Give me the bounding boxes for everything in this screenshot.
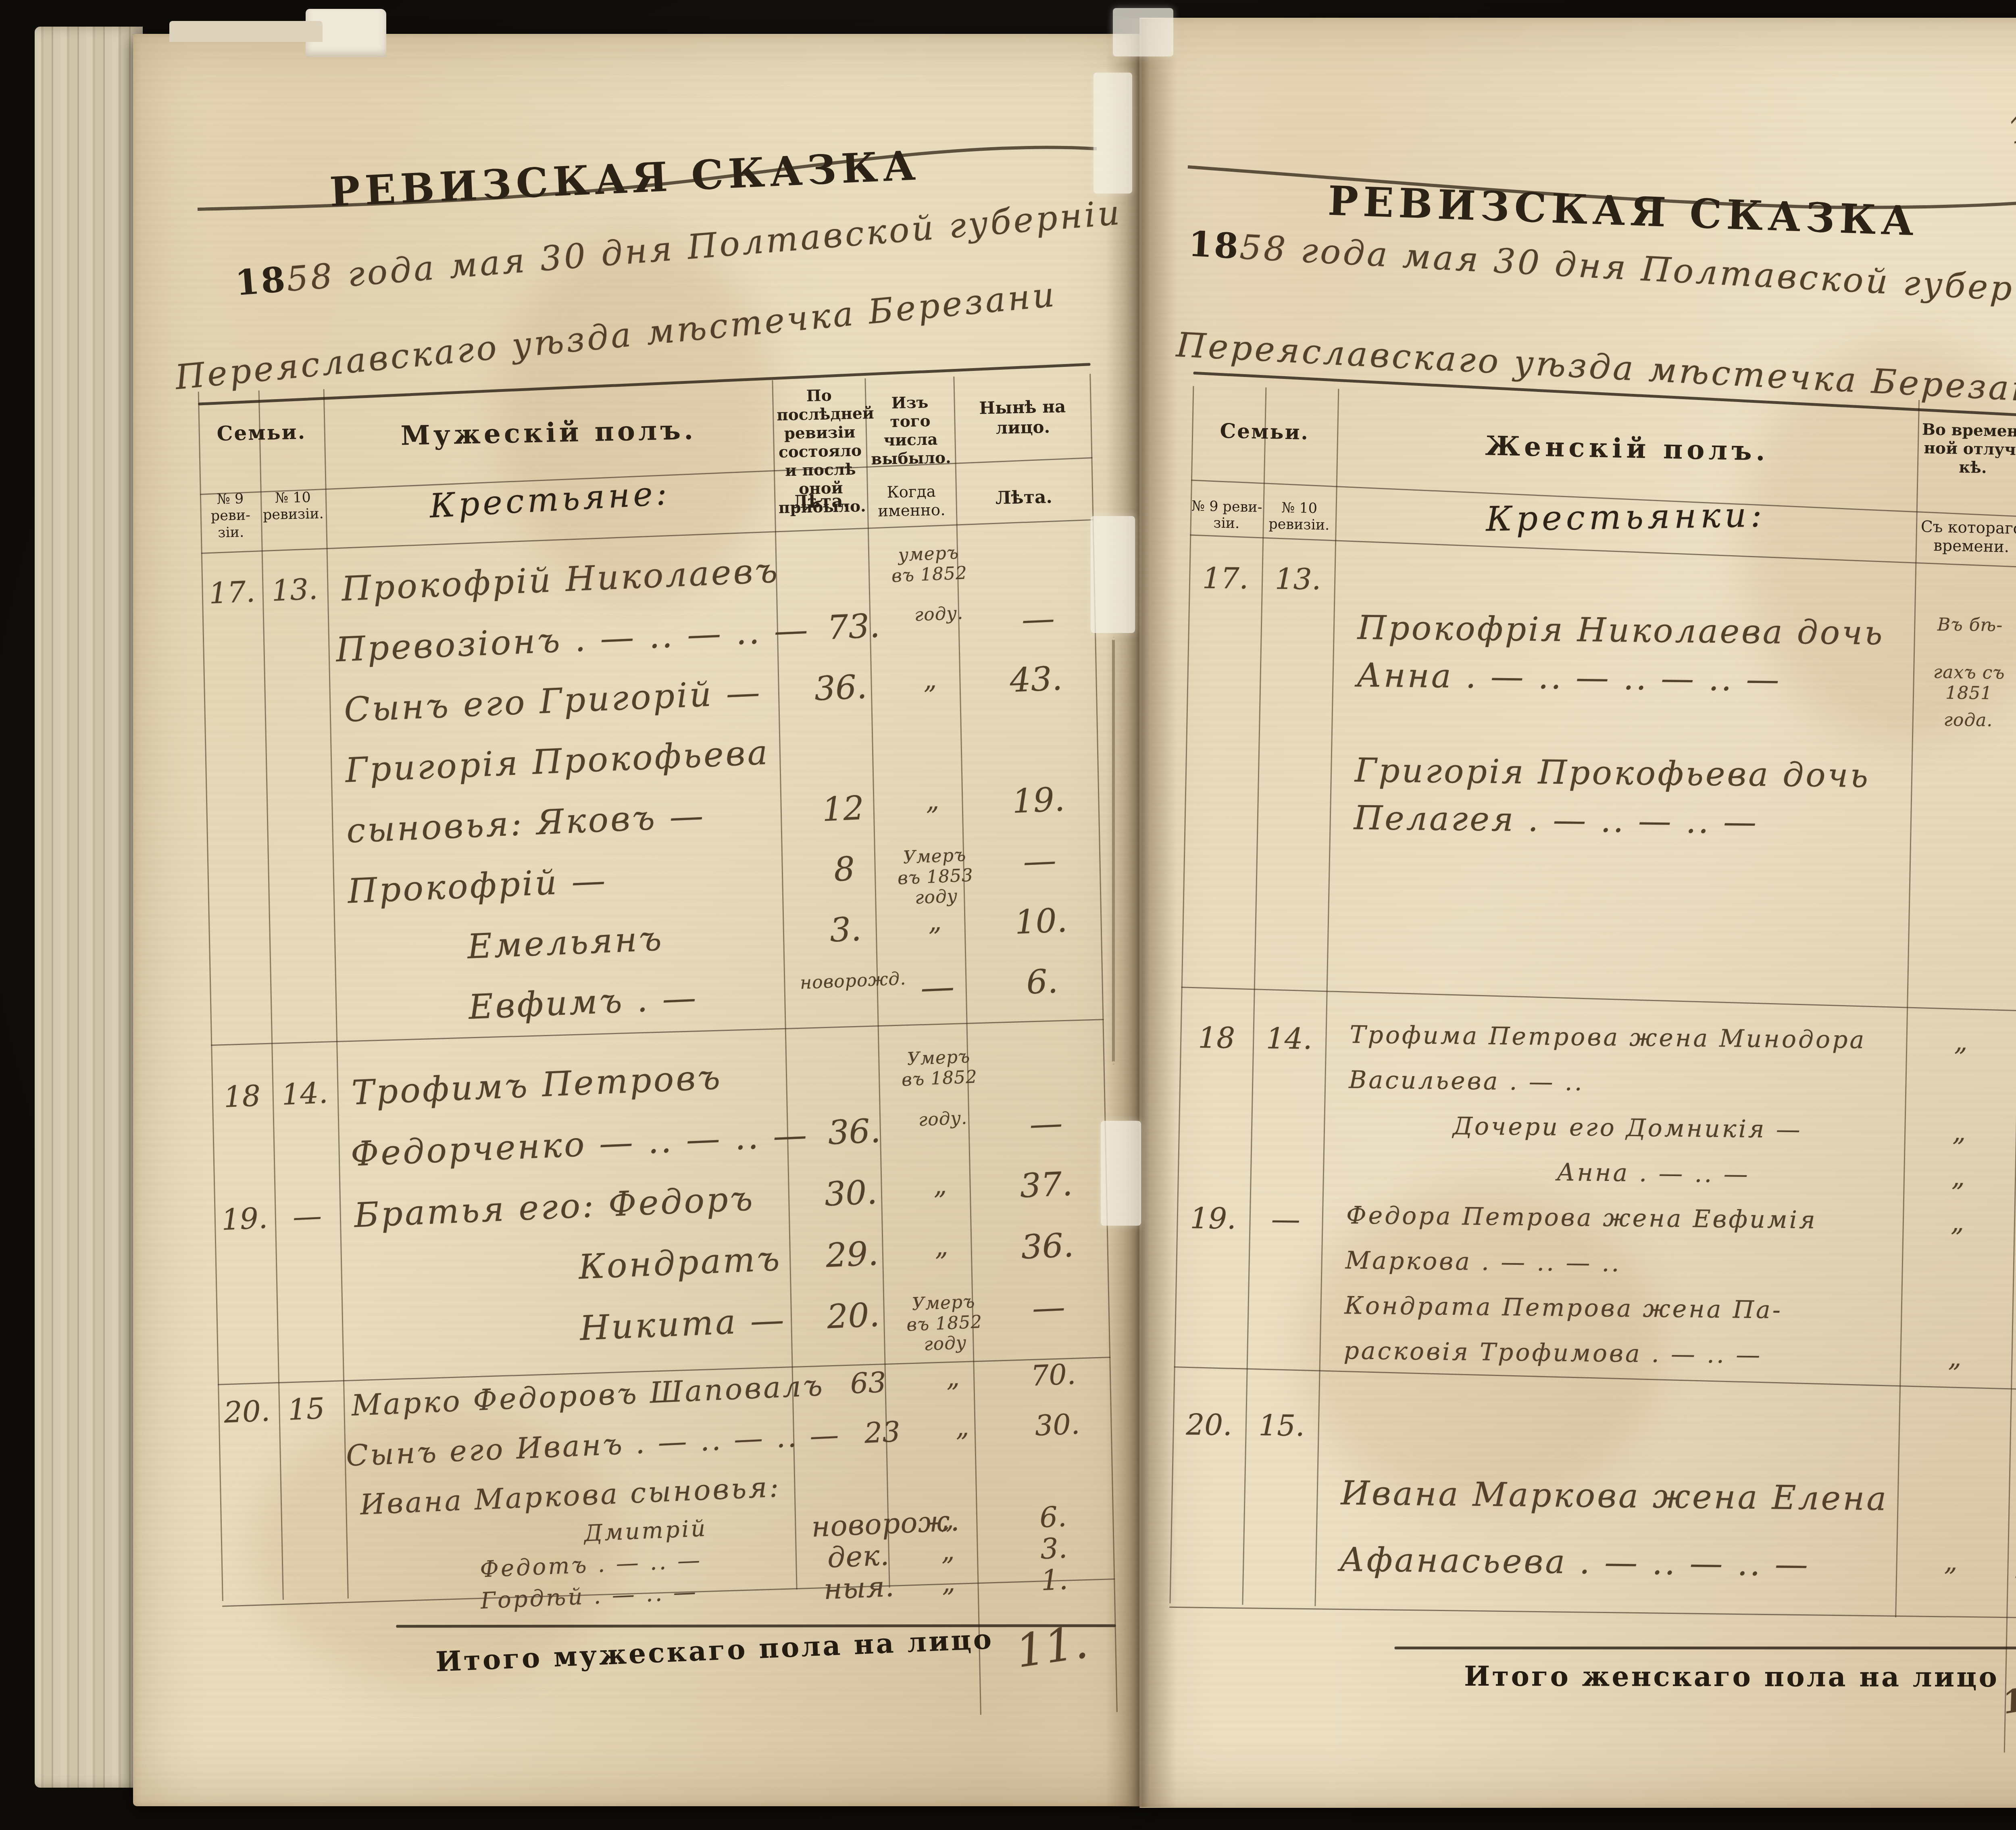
cell-n9 <box>1175 1335 1247 1337</box>
left-page: РЕВИЗСКАЯ СКАЗКА 1858 года мая 30 дня По… <box>133 34 1139 1806</box>
cell-note: „ <box>886 663 976 697</box>
cell-n10: 14. <box>271 1074 338 1112</box>
cell-n9: 19. <box>1177 1199 1250 1236</box>
cell-note: гахъ съ 1851 <box>1913 662 2016 704</box>
cell-now <box>2013 1299 2016 1299</box>
right-page: 1297 РЕВИЗСКАЯ СКАЗКА 1858 года мая 30 д… <box>1139 18 2016 1808</box>
cell-n10 <box>1250 1155 1323 1158</box>
cell-n10 <box>1258 750 1331 753</box>
cell-n9 <box>1170 1539 1243 1541</box>
cell-n10: 13. <box>1262 560 1335 596</box>
cell-now: 37. <box>985 1164 1108 1207</box>
cell-text: Федора Петрова жена Евфимія <box>1322 1201 1903 1235</box>
cell-age: 73. <box>809 606 898 648</box>
cell-note: „ <box>1896 1547 2008 1578</box>
cell-note: Умеръ въ 1852 <box>894 1046 984 1091</box>
cell-age: 30. <box>804 1172 898 1215</box>
cell-n10 <box>1260 655 1333 658</box>
cell-note <box>1899 1414 2010 1415</box>
female-table: Семьи. Женскій полъ. Во времен­ной отлуч… <box>1166 386 2016 1798</box>
cell-now: — <box>986 1102 1106 1146</box>
cell-n10: 15. <box>1245 1407 1318 1443</box>
cell-n10: 13. <box>261 570 328 608</box>
female-total-row: Итого женскаго пола на лицо 7 <box>1168 1660 2016 1661</box>
cell-n9 <box>1178 1154 1250 1157</box>
cell-n9: 17. <box>201 573 263 610</box>
cell-now <box>983 1041 1104 1046</box>
cell-now: 24. <box>2008 1548 2016 1587</box>
cell-n9: 19. <box>214 1199 276 1237</box>
cell-text: Ивана Маркова жена Елена <box>1316 1474 1898 1518</box>
cell-n10: — <box>1249 1200 1322 1237</box>
male-total-value: 11. <box>1012 1616 1091 1678</box>
cell-age <box>801 1050 894 1054</box>
cell-n9: 18 <box>211 1076 273 1114</box>
cell-text: Прокофрія Николаева дочь <box>1333 608 1914 653</box>
cell-n9 <box>1187 654 1260 657</box>
cell-text: Пелагея . — .. — .. — <box>1329 799 1911 843</box>
family-block-18-19: 1814.Трофима Петрова жена Минодора„37.Ва… <box>1174 1015 2016 1394</box>
header-family: Семьи. <box>1192 418 1337 445</box>
cell-text: Васильева . — .. <box>1325 1066 1906 1100</box>
subheader-rev10: № 10 реви­зіи. <box>260 489 326 524</box>
cell-note: „ <box>898 1230 987 1263</box>
cell-n10 <box>1261 608 1333 610</box>
cell-now: — <box>987 1286 1110 1330</box>
cell-note: „ <box>1903 1207 2014 1238</box>
cell-n10 <box>1247 1336 1320 1338</box>
subheader-years: Лѣта. <box>774 490 867 513</box>
cell-n9: 20. <box>217 1392 276 1430</box>
male-total-label: Итого мужескаго пола на лицо <box>223 1623 994 1687</box>
cell-n9 <box>1175 1290 1248 1292</box>
female-total-label: Итого женскаго пола на лицо <box>1168 1660 1999 1694</box>
cell-age: 29. <box>805 1234 899 1276</box>
family-block-17: 17.13.Прокофрія Николаева дочьВъ бѣ-—Анн… <box>1184 555 2016 858</box>
table-row: Ивана Маркова жена Елена <box>1171 1472 2016 1549</box>
cell-now <box>2009 1481 2016 1482</box>
cell-note: — <box>892 966 983 1009</box>
printed-year-prefix: 18 <box>234 259 288 304</box>
cell-text: Маркова . — .. — .. <box>1321 1246 1902 1280</box>
cell-n10 <box>1252 1065 1325 1067</box>
family-block-17: 17.13.Прокофрій Николаевъумеръ въ 1852Пр… <box>201 547 1104 1049</box>
binding-stitch <box>1112 637 1115 1064</box>
male-table: Семьи. Мужескій полъ. По послѣдней ревиз… <box>198 374 1119 1778</box>
cell-note: „ <box>923 1411 1004 1444</box>
cell-text: Кондрата Петрова жена Па- <box>1320 1291 1901 1326</box>
cell-note <box>1916 567 2016 568</box>
cell-text: Анна . — .. — .. — .. — <box>1332 656 1914 700</box>
total-underline <box>1395 1647 2016 1649</box>
cell-now <box>2014 1253 2016 1254</box>
left-page-stack-edge <box>35 27 143 1788</box>
cell-text: Анна . — .. — <box>1323 1156 1904 1190</box>
subheader-estate: Крестьяне: <box>325 468 775 531</box>
cell-now: 36. <box>986 1225 1109 1268</box>
cell-n10 <box>1251 1110 1324 1112</box>
cell-now: 44. <box>2014 1208 2016 1243</box>
cell-n10 <box>1248 1291 1320 1293</box>
family-block-20: 20.15Марко Федоровъ Шаповалъ63„70.Сынъ е… <box>218 1366 1115 1620</box>
cell-now: 19. <box>977 779 1100 822</box>
subheader-years-present: Лѣта. <box>956 486 1092 510</box>
cell-text: Дочери его Домникія — <box>1324 1111 1905 1145</box>
cell-age: 23 <box>840 1414 924 1451</box>
header-family: Семьи. <box>198 419 324 446</box>
page-edge-sliver <box>169 21 323 42</box>
header-male-sex: Мужескій полъ. <box>324 412 773 453</box>
cell-n9: 20. <box>1173 1406 1245 1442</box>
cell-note: „ <box>891 905 981 939</box>
cell-n10: — <box>274 1196 340 1235</box>
cell-note: „ <box>904 1534 994 1568</box>
cell-note: „ <box>904 1503 993 1536</box>
cell-n9: 18 <box>1180 1019 1253 1055</box>
subheader-rev9: № 9 реви­зіи. <box>1190 498 1263 533</box>
total-underline <box>396 1624 1116 1628</box>
cell-n9 <box>1186 749 1258 752</box>
repair-tape <box>1093 73 1132 194</box>
cell-note: года. <box>1912 710 2016 731</box>
table-row: 20.15. <box>1172 1406 2016 1482</box>
subheader-estate: Крестьянки: <box>1335 493 1916 541</box>
family-block-20: 20.15.Ивана Маркова жена ЕленаАфанасьева… <box>1170 1402 2016 1619</box>
cell-n10: 14. <box>1253 1020 1326 1056</box>
cell-n10 <box>1243 1540 1316 1542</box>
cell-note: году. <box>899 1107 987 1131</box>
cell-text: расковія Трофимова . — .. — <box>1319 1337 1901 1371</box>
cell-text: Афанасьева . — .. — .. — <box>1315 1541 1897 1585</box>
cell-age <box>791 546 884 550</box>
cell-age: ныя. <box>812 1570 906 1606</box>
cell-n9 <box>1185 797 1257 799</box>
cell-age: 63 <box>824 1365 913 1401</box>
header-female-sex: Женскій полъ. <box>1337 427 1918 470</box>
cell-note: Умеръ въ 1853 году <box>890 845 981 910</box>
cell-note: „ <box>1905 1117 2016 1148</box>
cell-note: „ <box>889 784 979 818</box>
cell-n10 <box>1257 798 1330 800</box>
cell-now: 30. <box>2012 1344 2016 1378</box>
header-absence: Во времен­ной отлуч­кѣ. <box>1920 420 2016 478</box>
page-number: 1297 <box>2002 85 2016 152</box>
cell-note: „ <box>905 1566 995 1599</box>
cell-now: 30. <box>1002 1406 1112 1444</box>
cell-text: Трофима Петрова жена Минодора <box>1325 1020 1907 1055</box>
cell-age: 36. <box>793 667 888 709</box>
cell-note: Умеръ въ 1852 году <box>899 1291 990 1356</box>
cell-now: 6. <box>981 960 1104 1004</box>
cell-note: умеръ въ 1852 <box>884 542 974 587</box>
header-departed: Изъ того числа вы­было. <box>869 393 952 468</box>
subheader-rev9: № 9 реви­зіи. <box>200 491 261 542</box>
cell-age: 3. <box>798 909 893 951</box>
subheader-since: Съ котораго времени. <box>1916 518 2016 557</box>
cell-now: — <box>979 839 1101 883</box>
table-row: расковія Трофимова . — .. —„30. <box>1174 1335 2016 1390</box>
cell-age: новорож. <box>811 1507 905 1543</box>
repair-tape <box>1091 516 1135 633</box>
cell-n9 <box>1180 1064 1252 1066</box>
cell-n9 <box>1172 1472 1244 1475</box>
cell-age: 12 <box>796 788 890 830</box>
printed-year-prefix: 18 <box>1187 223 1241 267</box>
header-present: Нынѣ на лицо. <box>958 396 1087 438</box>
cell-text <box>1335 561 1916 567</box>
subheader-when: Когда имен­но. <box>867 482 956 521</box>
cell-note: Въ бѣ- <box>1914 614 2016 636</box>
cell-note: „ <box>911 1361 996 1395</box>
cell-n9: 17. <box>1189 559 1262 595</box>
cell-text <box>1318 1407 1899 1414</box>
cell-note: „ <box>896 1168 986 1202</box>
cell-n9 <box>1179 1109 1251 1112</box>
cell-age: 36. <box>808 1111 901 1153</box>
grid-line <box>1181 987 2016 1014</box>
cell-now <box>973 537 1093 542</box>
family-block-18-19: 1814.Трофимъ ПетровъУмеръ въ 1852Федорче… <box>211 1051 1110 1375</box>
table-row: Афанасьева . — .. — .. —„24. <box>1170 1539 2016 1615</box>
cell-now <box>2010 1415 2016 1416</box>
cell-age: новорожд. <box>800 969 893 993</box>
repair-tape <box>1113 8 1173 56</box>
cell-now: 1. <box>993 1561 1115 1599</box>
cell-n10: 15 <box>275 1389 337 1427</box>
cell-age: дек. <box>811 1539 905 1575</box>
cell-note: году. <box>897 602 981 626</box>
cell-n9 <box>1176 1245 1249 1247</box>
cell-n9 <box>1187 702 1259 704</box>
cell-note: „ <box>1904 1162 2016 1193</box>
cell-note: „ <box>1906 1026 2016 1058</box>
cell-n10 <box>1244 1473 1317 1476</box>
scanned-book-photo: РЕВИЗСКАЯ СКАЗКА 1858 года мая 30 дня По… <box>0 0 2016 1830</box>
cell-text: Григорія Прокофьева дочь <box>1331 751 1912 795</box>
cell-now: — <box>980 598 1096 641</box>
subheader-rev10: № 10 реви­зіи. <box>1262 500 1336 534</box>
cell-age: 20. <box>806 1295 900 1337</box>
cell-n10 <box>1259 703 1332 705</box>
cell-note: „ <box>1900 1343 2012 1374</box>
table-row: Пелагея . — .. — .. —13 <box>1184 797 2016 854</box>
cell-text: Прокофрій Николаевъ <box>326 550 793 609</box>
cell-text: Трофимъ Петровъ <box>336 1054 803 1113</box>
cell-n9 <box>1188 607 1261 609</box>
repair-tape <box>1101 1121 1141 1226</box>
cell-now: 43. <box>975 658 1098 702</box>
cell-age: 8 <box>797 848 891 891</box>
cell-now: 70. <box>996 1356 1111 1394</box>
cell-n10 <box>1249 1245 1321 1248</box>
cell-now: 10. <box>980 900 1102 943</box>
